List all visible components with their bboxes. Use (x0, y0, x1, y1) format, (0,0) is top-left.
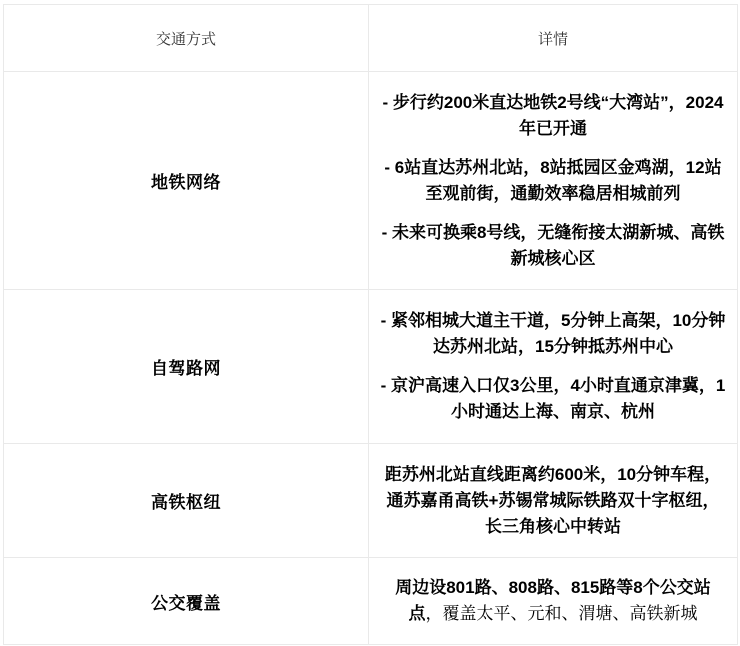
details-driving-network: - 紧邻相城大道主干道，5分钟上高架，10分钟达苏州北站，15分钟抵苏州中心 -… (369, 290, 738, 444)
method-label-bus-coverage: 公交覆盖 (4, 558, 369, 645)
details-hsr-hub: 距苏州北站直线距离约600米，10分钟车程，通苏嘉甬高铁+苏锡常城际铁路双十字枢… (369, 444, 738, 558)
detail-paragraph: - 紧邻相城大道主干道，5分钟上高架，10分钟达苏州北站，15分钟抵苏州中心 (379, 308, 727, 360)
column-header-details: 详情 (369, 5, 738, 72)
detail-paragraph: - 未来可换乘8号线，无缝衔接太湖新城、高铁新城核心区 (379, 220, 727, 272)
table-header-row: 交通方式 详情 (4, 5, 738, 72)
method-label-metro-network: 地铁网络 (4, 72, 369, 290)
transport-table: 交通方式 详情 地铁网络 - 步行约200米直达地铁2号线“大湾站”，2024年… (3, 4, 738, 645)
table-row-bus-coverage: 公交覆盖 周边设801路、808路、815路等8个公交站点，覆盖太平、元和、渭塘… (4, 558, 738, 645)
table-row-metro-network: 地铁网络 - 步行约200米直达地铁2号线“大湾站”，2024年已开通 - 6站… (4, 72, 738, 290)
method-label-hsr-hub: 高铁枢纽 (4, 444, 369, 558)
detail-paragraph: 周边设801路、808路、815路等8个公交站点，覆盖太平、元和、渭塘、高铁新城 (379, 575, 727, 627)
table-row-hsr-hub: 高铁枢纽 距苏州北站直线距离约600米，10分钟车程，通苏嘉甬高铁+苏锡常城际铁… (4, 444, 738, 558)
details-bus-coverage: 周边设801路、808路、815路等8个公交站点，覆盖太平、元和、渭塘、高铁新城 (369, 558, 738, 645)
column-header-transport-method: 交通方式 (4, 5, 369, 72)
detail-paragraph: - 6站直达苏州北站，8站抵园区金鸡湖，12站至观前街，通勤效率稳居相城前列 (379, 155, 727, 207)
table-row-driving-network: 自驾路网 - 紧邻相城大道主干道，5分钟上高架，10分钟达苏州北站，15分钟抵苏… (4, 290, 738, 444)
detail-paragraph: - 京沪高速入口仅3公里，4小时直通京津冀，1小时通达上海、南京、杭州 (379, 373, 727, 425)
method-label-driving-network: 自驾路网 (4, 290, 369, 444)
details-metro-network: - 步行约200米直达地铁2号线“大湾站”，2024年已开通 - 6站直达苏州北… (369, 72, 738, 290)
detail-text-regular: ，覆盖太平、元和、渭塘、高铁新城 (426, 604, 698, 623)
detail-paragraph: - 步行约200米直达地铁2号线“大湾站”，2024年已开通 (379, 90, 727, 142)
detail-paragraph: 距苏州北站直线距离约600米，10分钟车程，通苏嘉甬高铁+苏锡常城际铁路双十字枢… (379, 462, 727, 540)
